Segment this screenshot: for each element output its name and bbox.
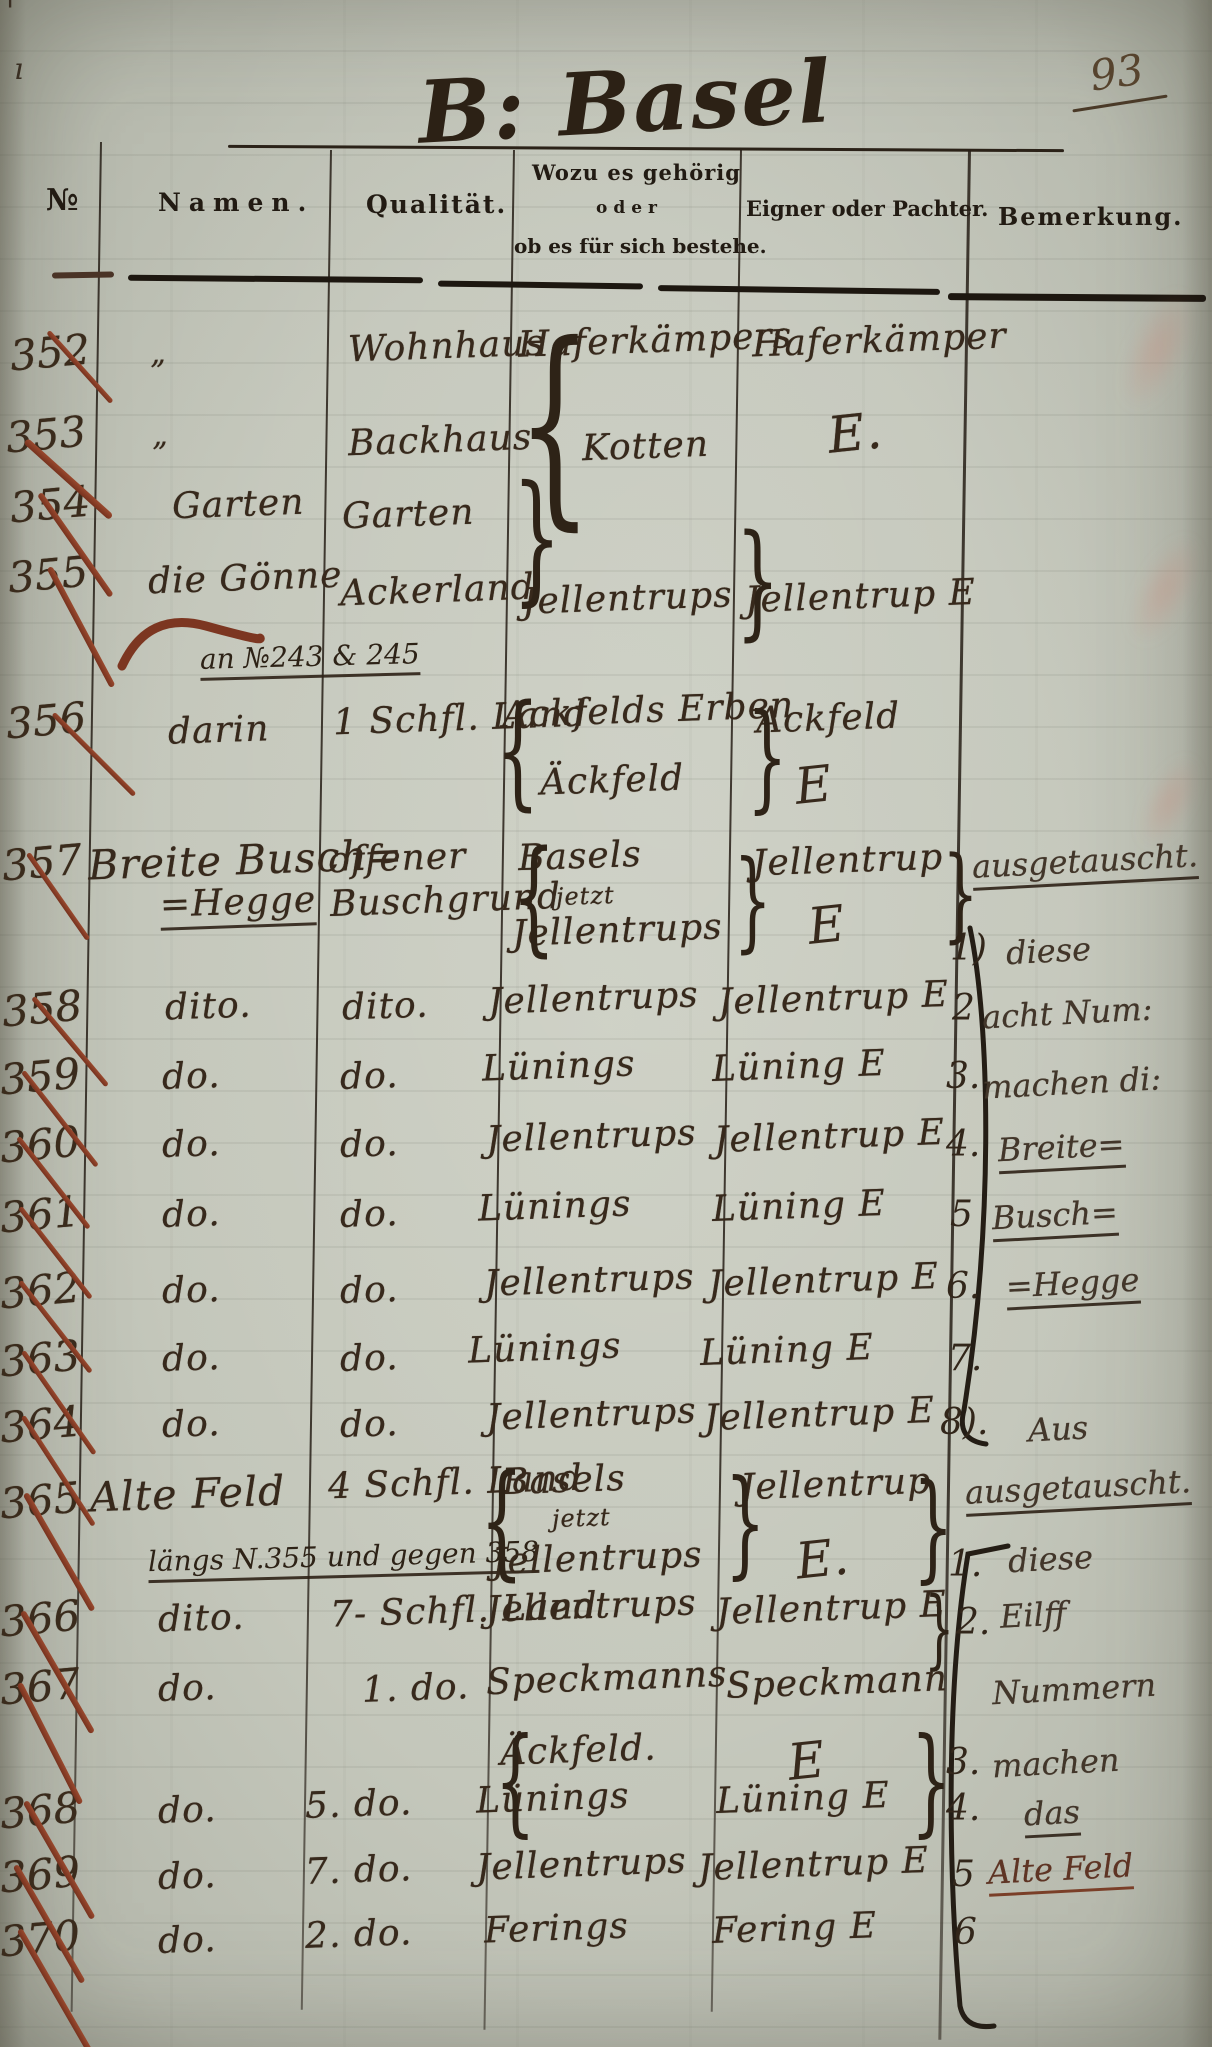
row-364-remark: Aus: [1027, 1408, 1089, 1449]
row-363-wozu: Lünings: [467, 1325, 622, 1371]
row-366-num: 2.: [956, 1602, 990, 1643]
row-354-qual: Garten: [341, 492, 475, 538]
row-362-wozu: Jellentrups: [483, 1256, 695, 1304]
row-353-eigner: E.: [825, 401, 885, 464]
row-365-eigner: Jellentrup: [739, 1461, 931, 1509]
row-357-remark2: diese: [1005, 930, 1092, 972]
column-rule: [301, 150, 332, 2010]
row-353-wozu: Kotten: [581, 424, 709, 469]
row-357-eigner: Jellentrup: [751, 837, 943, 885]
row-360-num: 4.: [946, 1124, 980, 1165]
row-360-name: do.: [161, 1123, 221, 1166]
row-367-eigner: Speckmann: [725, 1658, 948, 1707]
row-369-name: do.: [157, 1855, 217, 1898]
row-361-num: 5: [950, 1194, 973, 1235]
row-359-remark: machen di:: [981, 1059, 1162, 1106]
row-358-num: 2: [952, 988, 975, 1029]
grouping-brace: }: [943, 844, 979, 946]
row-368-remark: das: [1023, 1793, 1081, 1839]
page-number-underline: [1072, 95, 1167, 113]
row-367-qual: 1. do.: [361, 1666, 470, 1711]
row-361-wozu: Lünings: [477, 1183, 632, 1229]
corner-ink-speck: ': [6, 0, 14, 29]
row-355-note: an №243 & 245: [200, 637, 421, 681]
grouping-brace: {: [496, 688, 540, 813]
row-358-qual: dito.: [341, 985, 429, 1029]
row-369-remark: Alte Feld: [987, 1846, 1134, 1897]
column-header-no: №: [46, 183, 79, 218]
grouping-brace: {: [495, 1722, 536, 1839]
row-357-no: 357: [0, 835, 84, 891]
row-353-name: „: [151, 418, 172, 454]
row-370-qual: 2. do.: [304, 1912, 413, 1957]
row-357-name2: =Hegge: [159, 879, 317, 930]
row-368-name: do.: [157, 1789, 217, 1832]
row-367-name: do.: [157, 1667, 217, 1710]
row-366-name: dito.: [157, 1597, 245, 1641]
row-361-qual: do.: [339, 1193, 399, 1236]
row-365-eigner2: E.: [793, 1527, 851, 1590]
row-357-wozu2: jetzt: [556, 881, 616, 911]
grouping-brace: }: [924, 1586, 954, 1672]
row-370-num: 6: [954, 1912, 977, 1953]
row-352-qual: Wohnhaus: [347, 323, 545, 371]
header-rule-segment: [658, 285, 940, 295]
row-361-eigner: Lüning E: [711, 1183, 886, 1230]
row-367-remark2: machen: [991, 1741, 1120, 1786]
row-356-name: darin: [167, 708, 270, 753]
row-360-remark: Breite=: [997, 1125, 1126, 1175]
grouping-brace: }: [913, 1468, 954, 1585]
red-checkmark: [51, 712, 136, 797]
header-rule-segment: [52, 271, 114, 278]
row-364-eigner: Jellentrup E: [703, 1390, 935, 1439]
row-364-name: do.: [161, 1403, 221, 1446]
row-364-num: 8).: [940, 1402, 988, 1443]
row-362-eigner: Jellentrup E: [707, 1256, 939, 1305]
row-367-wozu: Speckmanns: [485, 1654, 728, 1703]
row-360-wozu: Jellentrups: [485, 1112, 697, 1160]
grouping-brace: }: [734, 846, 772, 955]
row-353-qual: Backhaus: [347, 417, 533, 464]
row-359-eigner: Lüning E: [711, 1043, 886, 1090]
row-357-qual: offener: [327, 836, 467, 882]
row-366-remark: Eilff: [999, 1594, 1067, 1635]
row-358-name: dito.: [164, 985, 252, 1029]
row-355-qual: Ackerland: [339, 567, 535, 615]
grouping-brace: {: [480, 1458, 524, 1583]
grouping-brace: }: [911, 1722, 952, 1839]
row-355-no: 355: [6, 547, 90, 603]
grouping-brace: }: [747, 698, 788, 815]
row-370-eigner: Fering E: [711, 1905, 877, 1952]
row-362-qual: do.: [339, 1269, 399, 1312]
grouping-brace: }: [725, 1464, 766, 1581]
row-363-num: 7.: [948, 1338, 982, 1379]
row-368-eigner: Lüning E: [715, 1775, 890, 1822]
grouping-brace: {: [512, 834, 556, 959]
row-364-qual: do.: [339, 1403, 399, 1446]
row-364-wozu: Jellentrups: [485, 1390, 697, 1438]
row-363-name: do.: [161, 1337, 221, 1380]
column-header-wozu-line2: oder: [596, 198, 663, 218]
row-365-name: Alte Feld: [89, 1467, 286, 1522]
row-352-name: „: [149, 336, 170, 372]
grouping-brace: }: [736, 518, 780, 643]
grouping-brace: }: [512, 468, 561, 609]
row-361-remark: Busch=: [991, 1193, 1119, 1243]
page-number: 93: [1087, 45, 1147, 101]
column-header-bemerkung: Bemerkung.: [998, 202, 1184, 231]
row-352-eigner: Haferkämper: [751, 316, 1007, 366]
column-header-qualitaet: Qualität.: [366, 190, 507, 219]
row-369-num: 5: [952, 1854, 975, 1895]
column-header-wozu-line3: ob es für sich bestehe.: [514, 234, 767, 258]
row-362-name: do.: [161, 1269, 221, 1312]
row-369-eigner: Jellentrup E: [697, 1840, 929, 1889]
row-359-name: do.: [161, 1055, 221, 1098]
row-356-wozu2: Äckfeld: [539, 757, 685, 803]
row-362-remark: =Hegge: [1005, 1261, 1141, 1311]
row-362-num: 6.: [946, 1266, 980, 1307]
row-365-wozu2: jetzt: [552, 1503, 612, 1533]
column-header-eigner: Eigner oder Pachter.: [746, 196, 989, 221]
row-363-qual: do.: [339, 1337, 399, 1380]
row-354-name: Garten: [171, 482, 305, 528]
row-363-eigner: Lüning E: [699, 1327, 874, 1374]
column-header-wozu-line1: Wozu es gehörig: [532, 160, 741, 185]
row-370-wozu: Ferings: [483, 1905, 629, 1951]
row-367-no: 367: [0, 1659, 82, 1715]
row-357-remark: ausgetauscht.: [971, 836, 1199, 891]
row-370-name: do.: [157, 1919, 217, 1962]
row-369-qual: 7. do.: [304, 1848, 413, 1893]
row-357-eigner2: E: [805, 894, 847, 955]
row-359-qual: do.: [339, 1055, 399, 1098]
row-359-wozu: Lünings: [481, 1043, 636, 1089]
row-367-remark: Nummern: [991, 1666, 1157, 1713]
row-360-qual: do.: [339, 1123, 399, 1166]
corner-ink-speck: ı: [14, 52, 24, 87]
header-rule-segment: [128, 275, 423, 284]
row-356-eigner2: E: [792, 754, 834, 815]
row-358-eigner: Jellentrup E: [717, 974, 949, 1023]
row-358-wozu: Jellentrups: [487, 974, 699, 1022]
row-359-num: 3.: [946, 1056, 980, 1097]
row-360-eigner: Jellentrup E: [713, 1112, 945, 1161]
header-rule-segment: [438, 281, 643, 290]
column-header-namen: Namen.: [158, 188, 314, 217]
row-361-name: do.: [161, 1193, 221, 1236]
row-368-qual: 5. do.: [304, 1782, 413, 1827]
register-page: ' ı 93 B: Basel № Namen. Qualität. Wozu …: [0, 0, 1212, 2047]
row-355-name: die Gönne: [147, 555, 343, 603]
row-358-remark: acht Num:: [981, 990, 1153, 1037]
row-365-remark2: diese: [1007, 1538, 1094, 1580]
